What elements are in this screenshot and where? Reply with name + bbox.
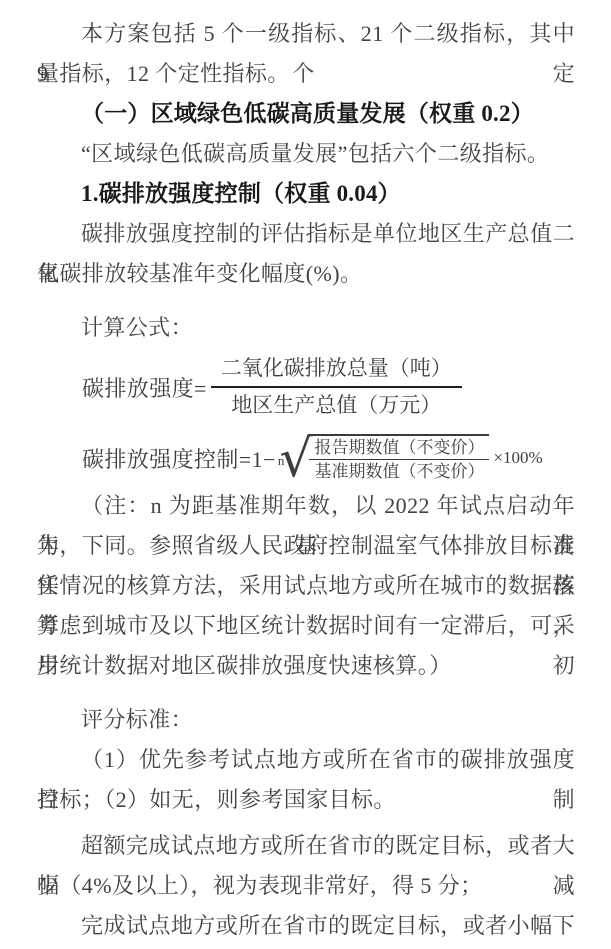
section-heading: （一）区域绿色低碳高质量发展（权重 0.2） (37, 94, 575, 134)
formula-carbon-intensity: 碳排放强度= 二氧化碳排放总量（吨） 地区生产总值（万元） (37, 352, 575, 422)
intro-line-1: 本方案包括 5 个一级指标、21 个二级指标，其中 9 个定 (37, 14, 575, 54)
formula1-numerator: 二氧化碳排放总量（吨） (211, 354, 462, 388)
note-line-4: 考虑到城市及以下地区统计数据时间有一定滞后，可采用初 (37, 606, 575, 646)
formula1-fraction: 二氧化碳排放总量（吨） 地区生产总值（万元） (211, 354, 462, 420)
scoring-label: 评分标准： (37, 700, 575, 740)
scoring-line-3: 超额完成试点地方或所在省市的既定目标，或者大幅减 (37, 826, 575, 866)
scoring-line-5: 完成试点地方或所在省市的既定目标，或者小幅下降 (37, 906, 575, 946)
formula2-lhs: 碳排放强度控制=1− (82, 443, 276, 474)
formula1-lhs: 碳排放强度= (82, 372, 207, 403)
formula2-multiplier: ×100% (493, 448, 542, 468)
note-line-1: （注：n 为距基准期年数，以 2022 年试点启动年为基准 (37, 486, 575, 526)
section-subtext: “区域绿色低碳高质量发展”包括六个二级指标。 (37, 134, 575, 174)
indicator-heading: 1.碳排放强度控制（权重 0.04） (37, 174, 575, 214)
note-line-2: 年，下同。参照省级人民政府控制温室气体排放目标责任落 (37, 526, 575, 566)
formula2-denominator: 基准期数值（不变价） (309, 460, 489, 482)
calc-formula-label: 计算公式： (37, 308, 575, 348)
formula2-root-index: n (278, 453, 285, 469)
document-page: 本方案包括 5 个一级指标、21 个二级指标，其中 9 个定 量指标，12 个定… (0, 0, 611, 949)
formula-carbon-intensity-control: 碳排放强度控制=1− n √ 报告期数值（不变价） 基准期数值（不变价） ×10… (37, 434, 575, 482)
definition-line-1: 碳排放强度控制的评估指标是单位地区生产总值二氧 (37, 214, 575, 254)
formula2-fraction: 报告期数值（不变价） 基准期数值（不变价） (309, 434, 489, 482)
formula1-denominator: 地区生产总值（万元） (211, 388, 462, 420)
formula2-numerator: 报告期数值（不变价） (309, 436, 489, 460)
scoring-line-1: （1）优先参考试点地方或所在省市的碳排放强度控制 (37, 740, 575, 780)
definition-line-2: 化碳排放较基准年变化幅度(%)。 (37, 254, 575, 294)
note-line-3: 实情况的核算方法，采用试点地方或所在城市的数据核算， (37, 566, 575, 606)
